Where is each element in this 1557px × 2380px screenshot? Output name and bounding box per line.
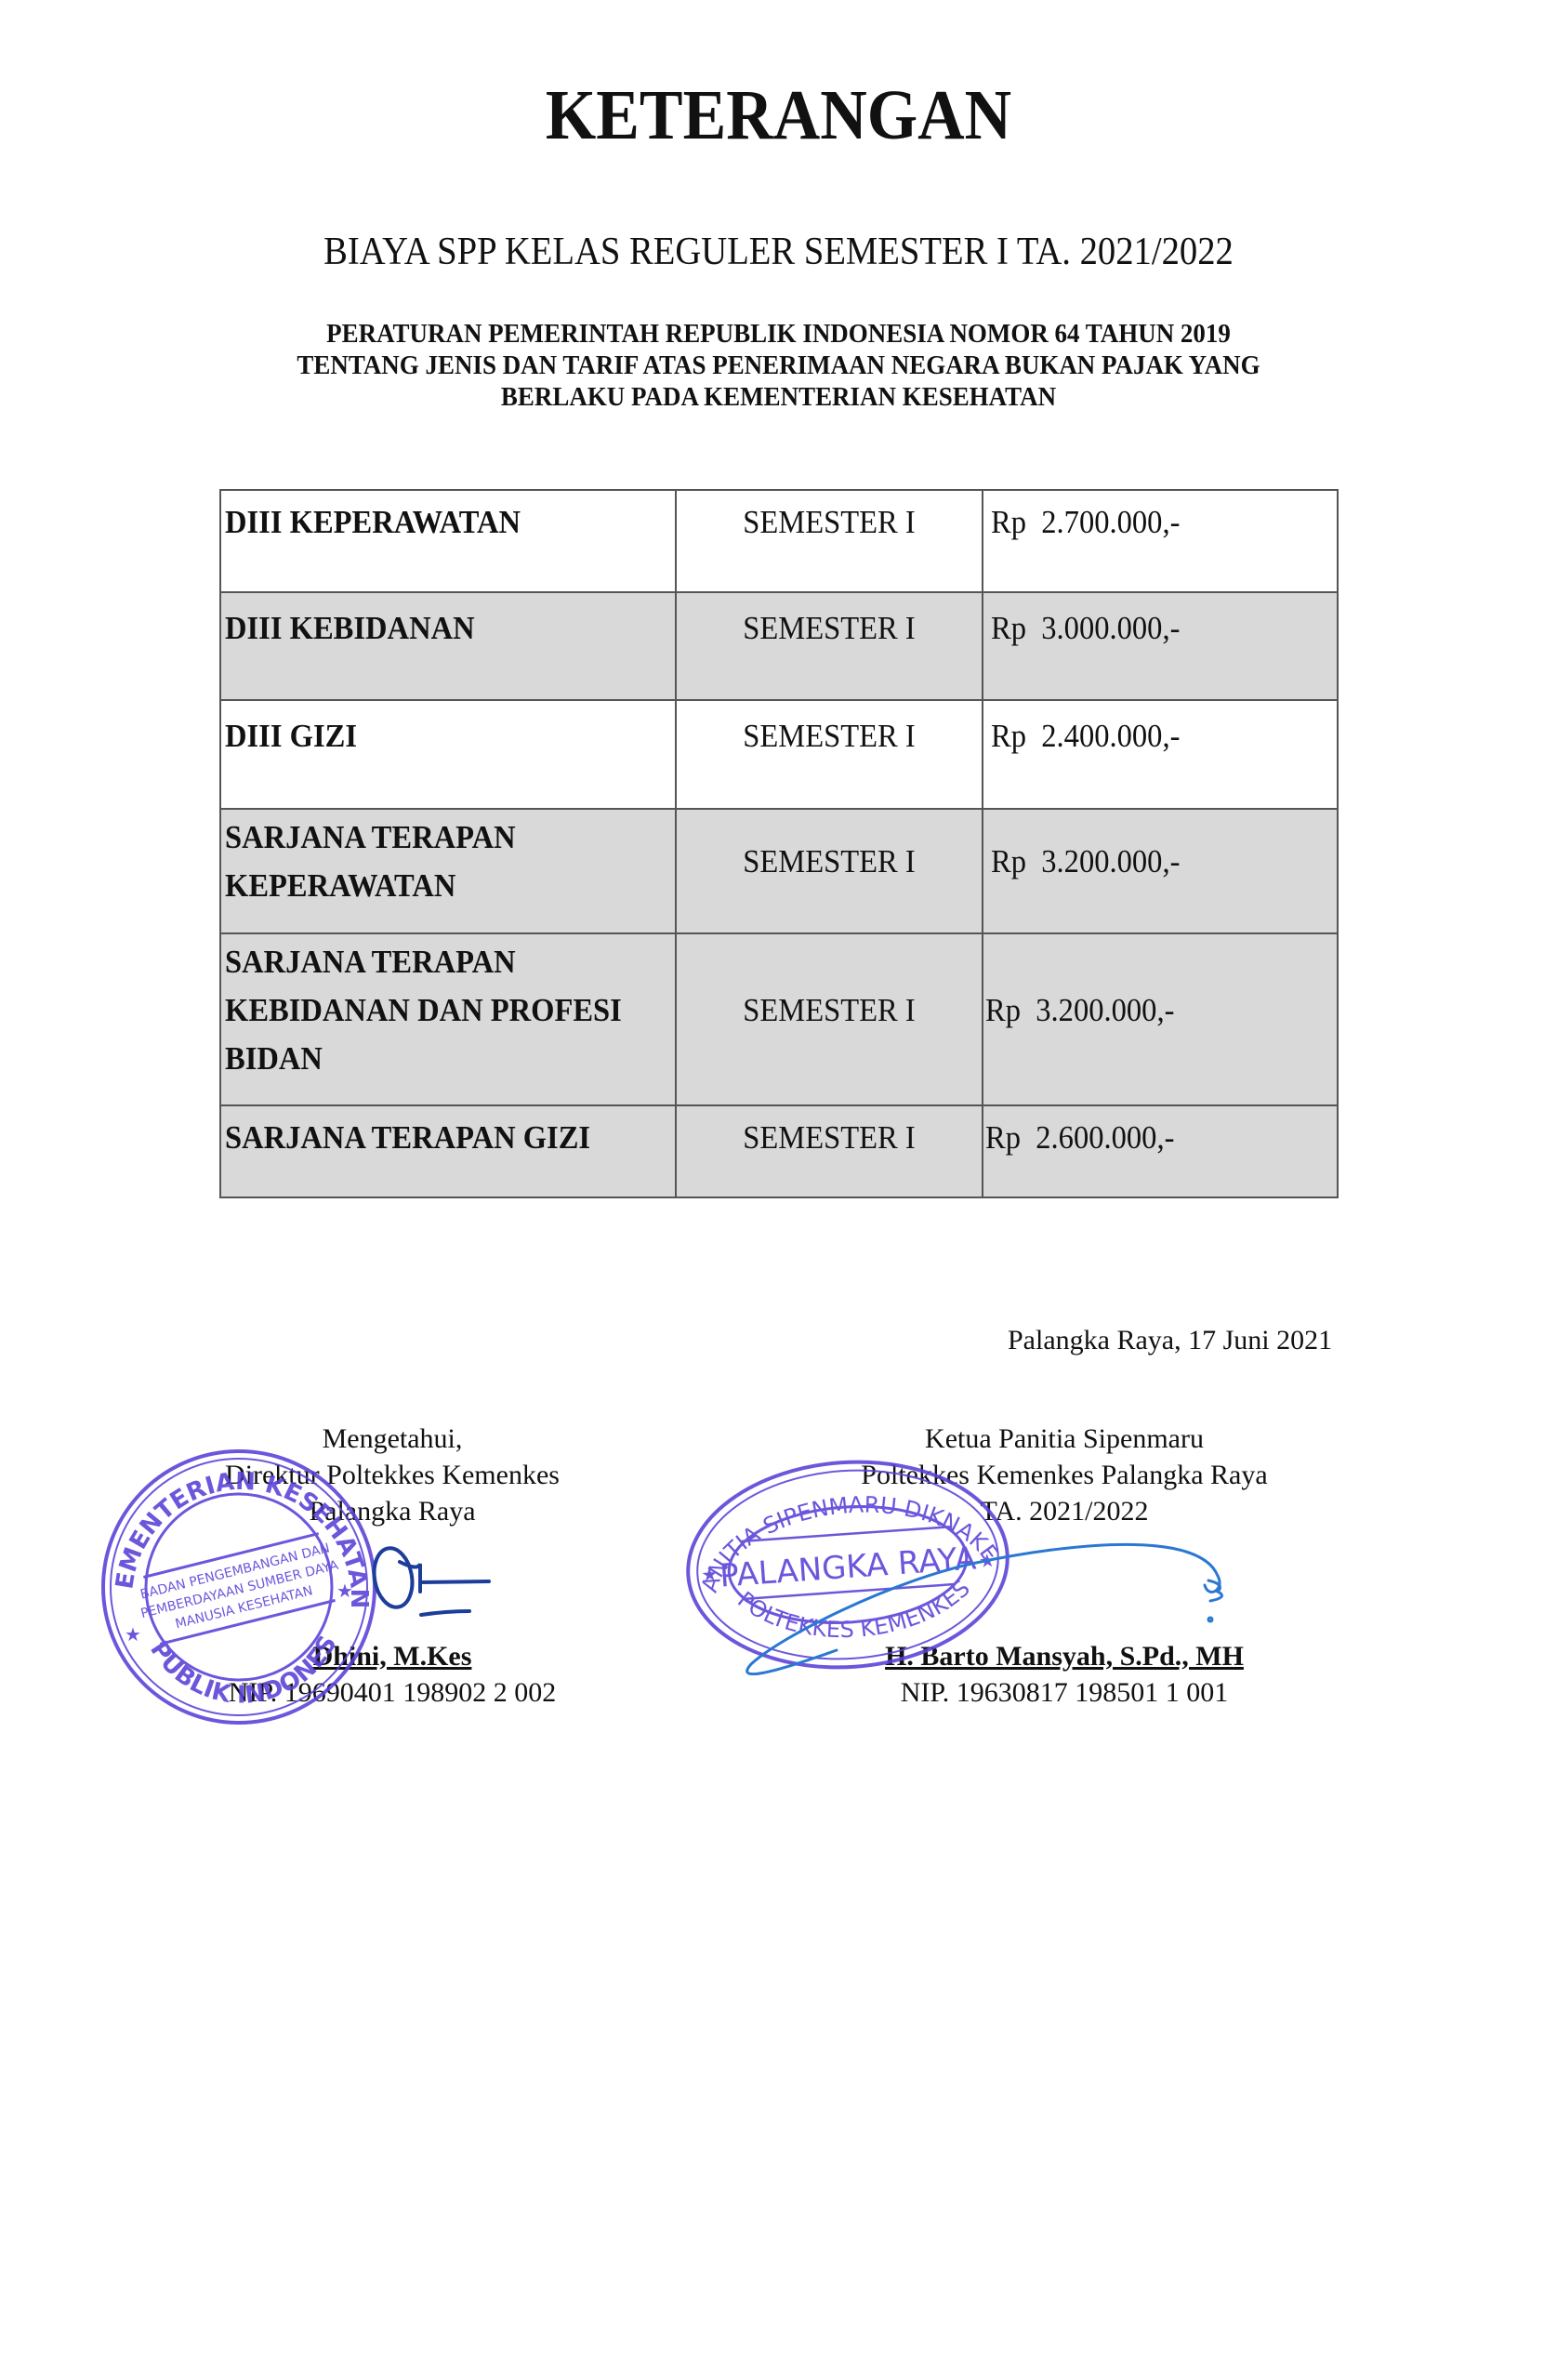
signatory-nip: NIP. 19690401 198902 2 002	[206, 1674, 578, 1711]
signature-line: Mengetahui,	[206, 1421, 578, 1457]
svg-text:★: ★	[125, 1625, 141, 1646]
semester-cell: SEMESTER I	[676, 592, 983, 700]
program-cell: SARJANA TERAPAN GIZI	[220, 1105, 676, 1197]
signature-line: Ketua Panitia Sipenmaru	[837, 1421, 1292, 1457]
semester-cell: SEMESTER I	[676, 700, 983, 809]
semester-cell: SEMESTER I	[676, 933, 983, 1105]
regulation-reference: PERATURAN PEMERINTAH REPUBLIK INDONESIA …	[55, 318, 1503, 413]
signature-line: Palangka Raya	[206, 1493, 578, 1529]
table-row: DIII KEBIDANAN SEMESTER I Rp 3.000.000,-	[220, 592, 1338, 700]
fee-cell: Rp 3.200.000,-	[983, 809, 1338, 933]
signatory-name: Dhini, M.Kes	[206, 1638, 578, 1674]
fee-cell: Rp 2.400.000,-	[983, 700, 1338, 809]
document-title: KETERANGAN	[62, 78, 1495, 152]
program-cell: DIII GIZI	[220, 700, 676, 809]
semester-cell: SEMESTER I	[676, 809, 983, 933]
signature-line: TA. 2021/2022	[837, 1493, 1292, 1529]
signature-line: Direktur Poltekkes Kemenkes	[206, 1457, 578, 1493]
signature-line: Poltekkes Kemenkes Palangka Raya	[837, 1457, 1292, 1493]
table-row: SARJANA TERAPAN KEBIDANAN DAN PROFESI BI…	[220, 933, 1338, 1105]
signatory-name: H. Barto Mansyah, S.Pd., MH	[837, 1638, 1292, 1674]
program-cell: SARJANA TERAPAN KEBIDANAN DAN PROFESI BI…	[220, 933, 676, 1105]
fee-cell: Rp 2.700.000,-	[983, 490, 1338, 592]
program-cell: SARJANA TERAPAN KEPERAWATAN	[220, 809, 676, 933]
table-row: SARJANA TERAPAN GIZI SEMESTER I Rp 2.600…	[220, 1105, 1338, 1197]
svg-text:★: ★	[701, 1565, 719, 1586]
fee-cell: Rp 2.600.000,-	[983, 1105, 1338, 1197]
program-cell: DIII KEPERAWATAN	[220, 490, 676, 592]
fee-table: DIII KEPERAWATAN SEMESTER I Rp 2.700.000…	[219, 489, 1339, 1198]
signatory-nip: NIP. 19630817 198501 1 001	[837, 1674, 1292, 1711]
fee-cell: Rp 3.000.000,-	[983, 592, 1338, 700]
fee-cell: Rp 3.200.000,-	[983, 933, 1338, 1105]
program-cell: DIII KEBIDANAN	[220, 592, 676, 700]
table-row: DIII KEPERAWATAN SEMESTER I Rp 2.700.000…	[220, 490, 1338, 592]
table-row: DIII GIZI SEMESTER I Rp 2.400.000,-	[220, 700, 1338, 809]
signature-block-director: Mengetahui, Direktur Poltekkes Kemenkes …	[206, 1421, 578, 1711]
semester-cell: SEMESTER I	[676, 1105, 983, 1197]
semester-cell: SEMESTER I	[676, 490, 983, 592]
document-subtitle: BIAYA SPP KELAS REGULER SEMESTER I TA. 2…	[62, 230, 1495, 274]
date-line: Palangka Raya, 17 Juni 2021	[1008, 1324, 1332, 1357]
signature-block-committee-chair: Ketua Panitia Sipenmaru Poltekkes Kemenk…	[837, 1421, 1292, 1711]
regulation-line: TENTANG JENIS DAN TARIF ATAS PENERIMAAN …	[55, 350, 1503, 381]
table-row: SARJANA TERAPAN KEPERAWATAN SEMESTER I R…	[220, 809, 1338, 933]
regulation-line: PERATURAN PEMERINTAH REPUBLIK INDONESIA …	[55, 318, 1503, 350]
regulation-line: BERLAKU PADA KEMENTERIAN KESEHATAN	[55, 381, 1503, 413]
